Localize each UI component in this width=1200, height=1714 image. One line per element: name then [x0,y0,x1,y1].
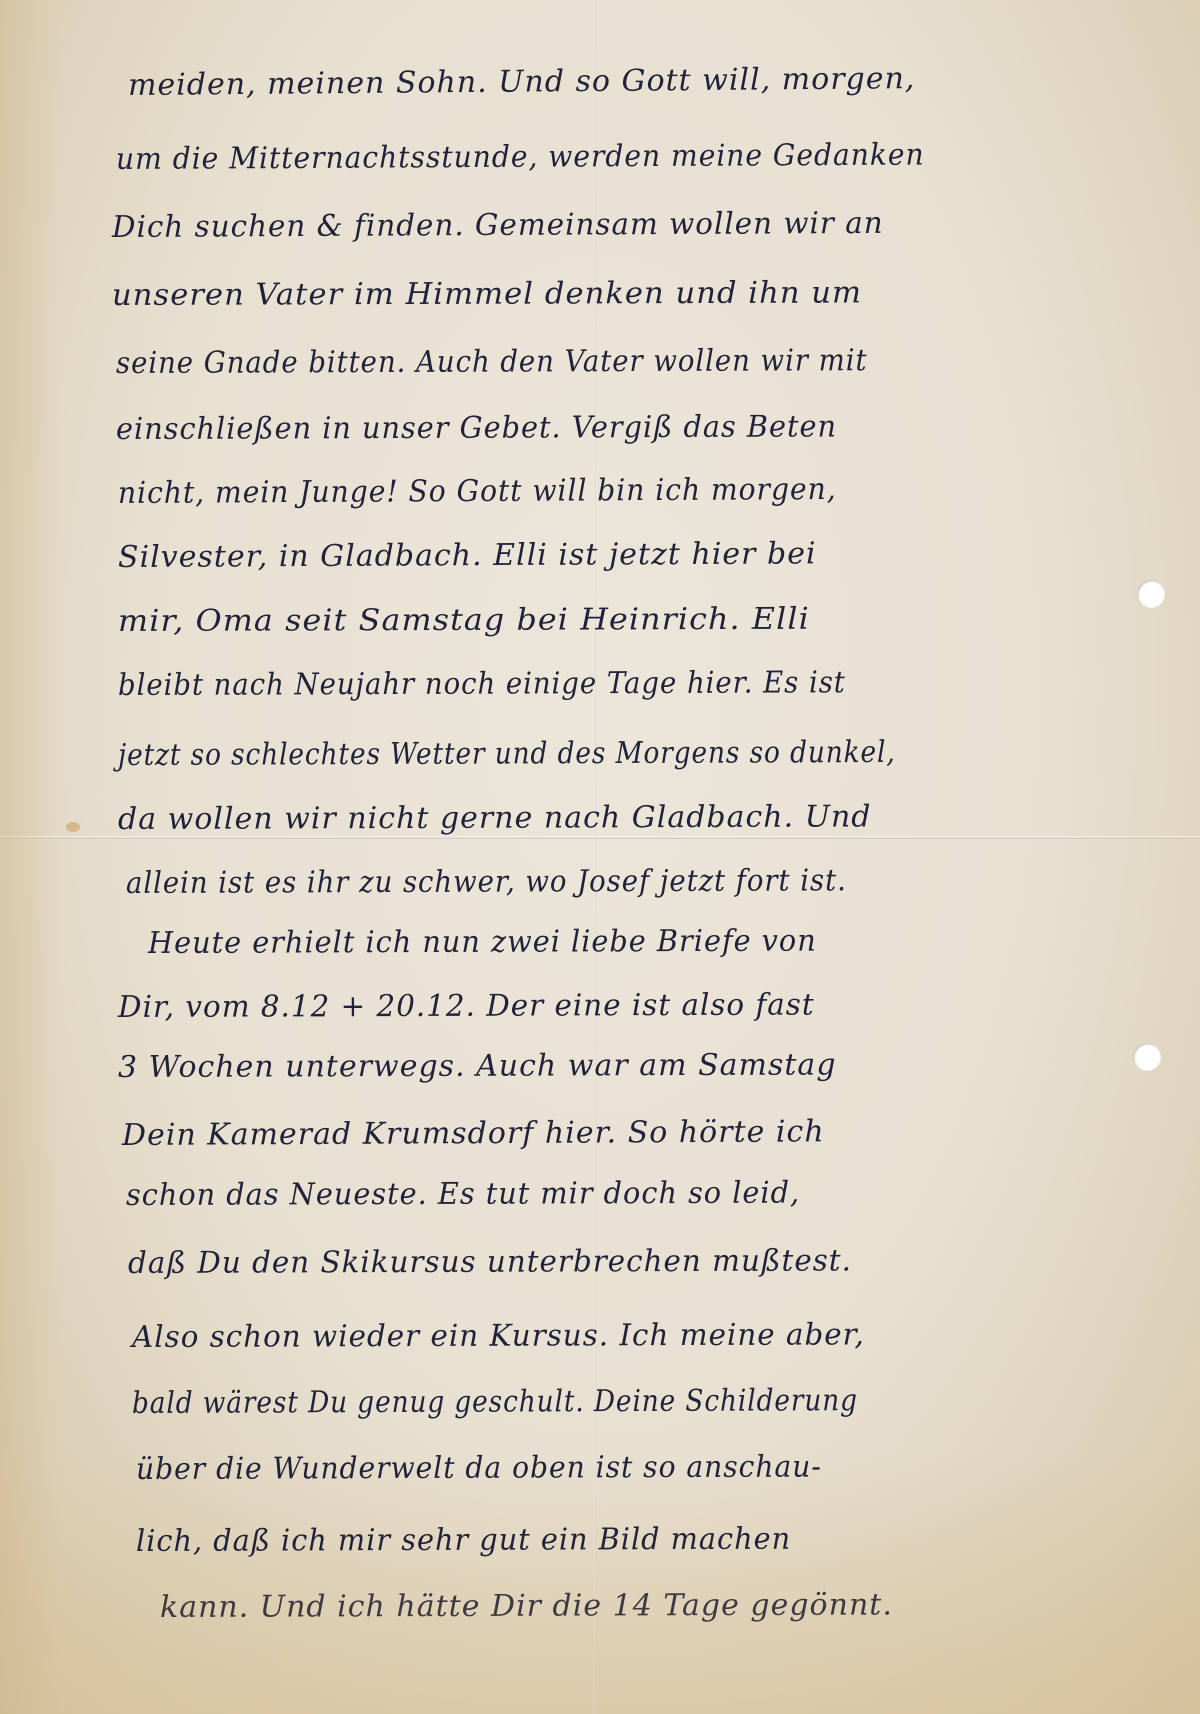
letter-body: meiden, meinen Sohn. Und so Gott will, m… [0,0,1200,1714]
letter-line: seine Gnade bitten. Auch den Vater wolle… [116,343,868,381]
letter-line: um die Mitternachtsstunde, werden meine … [116,137,925,177]
letter-line: einschließen in unser Gebet. Vergiß das … [116,409,837,447]
letter-line: Dir, vom 8.12 + 20.12. Der eine ist also… [118,988,815,1025]
letter-line: meiden, meinen Sohn. Und so Gott will, m… [128,61,916,103]
letter-line: Heute erhielt ich nun zwei liebe Briefe … [148,924,817,961]
letter-line: daß Du den Skikursus unterbrechen mußtes… [128,1243,852,1281]
letter-line: mir, Oma seit Samstag bei Heinrich. Elli [118,602,810,639]
letter-line: 3 Wochen unterwegs. Auch war am Samstag [118,1047,837,1085]
letter-line: da wollen wir nicht gerne nach Gladbach.… [118,799,872,837]
letter-line: schon das Neueste. Es tut mir doch so le… [126,1176,800,1213]
letter-line: Silvester, in Gladbach. Elli ist jetzt h… [118,536,817,575]
letter-page: meiden, meinen Sohn. Und so Gott will, m… [0,0,1200,1714]
letter-line: über die Wunderwelt da oben ist so ansch… [136,1449,822,1487]
letter-line: Also schon wieder ein Kursus. Ich meine … [132,1317,865,1355]
letter-line: nicht, mein Junge! So Gott will bin ich … [118,472,837,511]
letter-line: unseren Vater im Himmel denken und ihn u… [112,275,862,313]
letter-line: Dich suchen & finden. Gemeinsam wollen w… [112,206,884,245]
letter-line: kann. Und ich hätte Dir die 14 Tage gegö… [160,1587,893,1625]
letter-line: Dein Kamerad Krumsdorf hier. So hörte ic… [122,1114,825,1153]
letter-line: jetzt so schlechtes Wetter und des Morge… [118,735,896,773]
letter-line: lich, daß ich mir sehr gut ein Bild mach… [136,1522,791,1559]
letter-line: bleibt nach Neujahr noch einige Tage hie… [118,665,846,703]
letter-line: allein ist es ihr zu schwer, wo Josef je… [126,863,847,901]
letter-line: bald wärest Du genug geschult. Deine Sch… [132,1383,858,1421]
